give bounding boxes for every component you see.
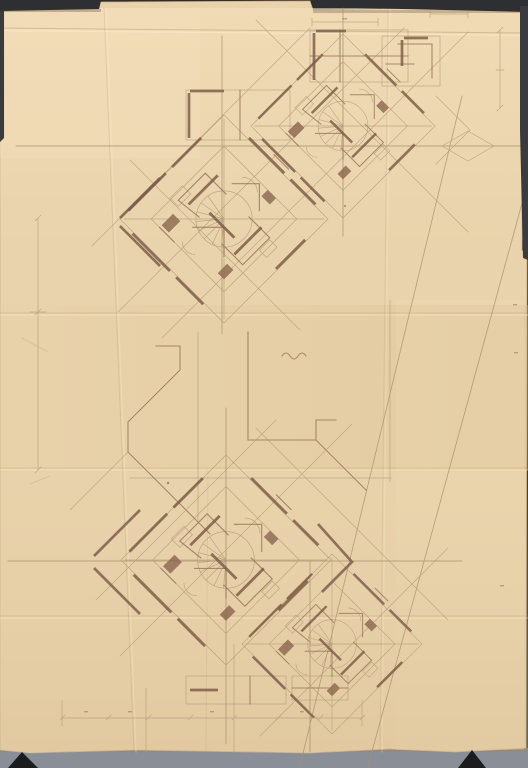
photographed-blueprint xyxy=(0,0,528,768)
left-edge-strip xyxy=(0,11,4,142)
